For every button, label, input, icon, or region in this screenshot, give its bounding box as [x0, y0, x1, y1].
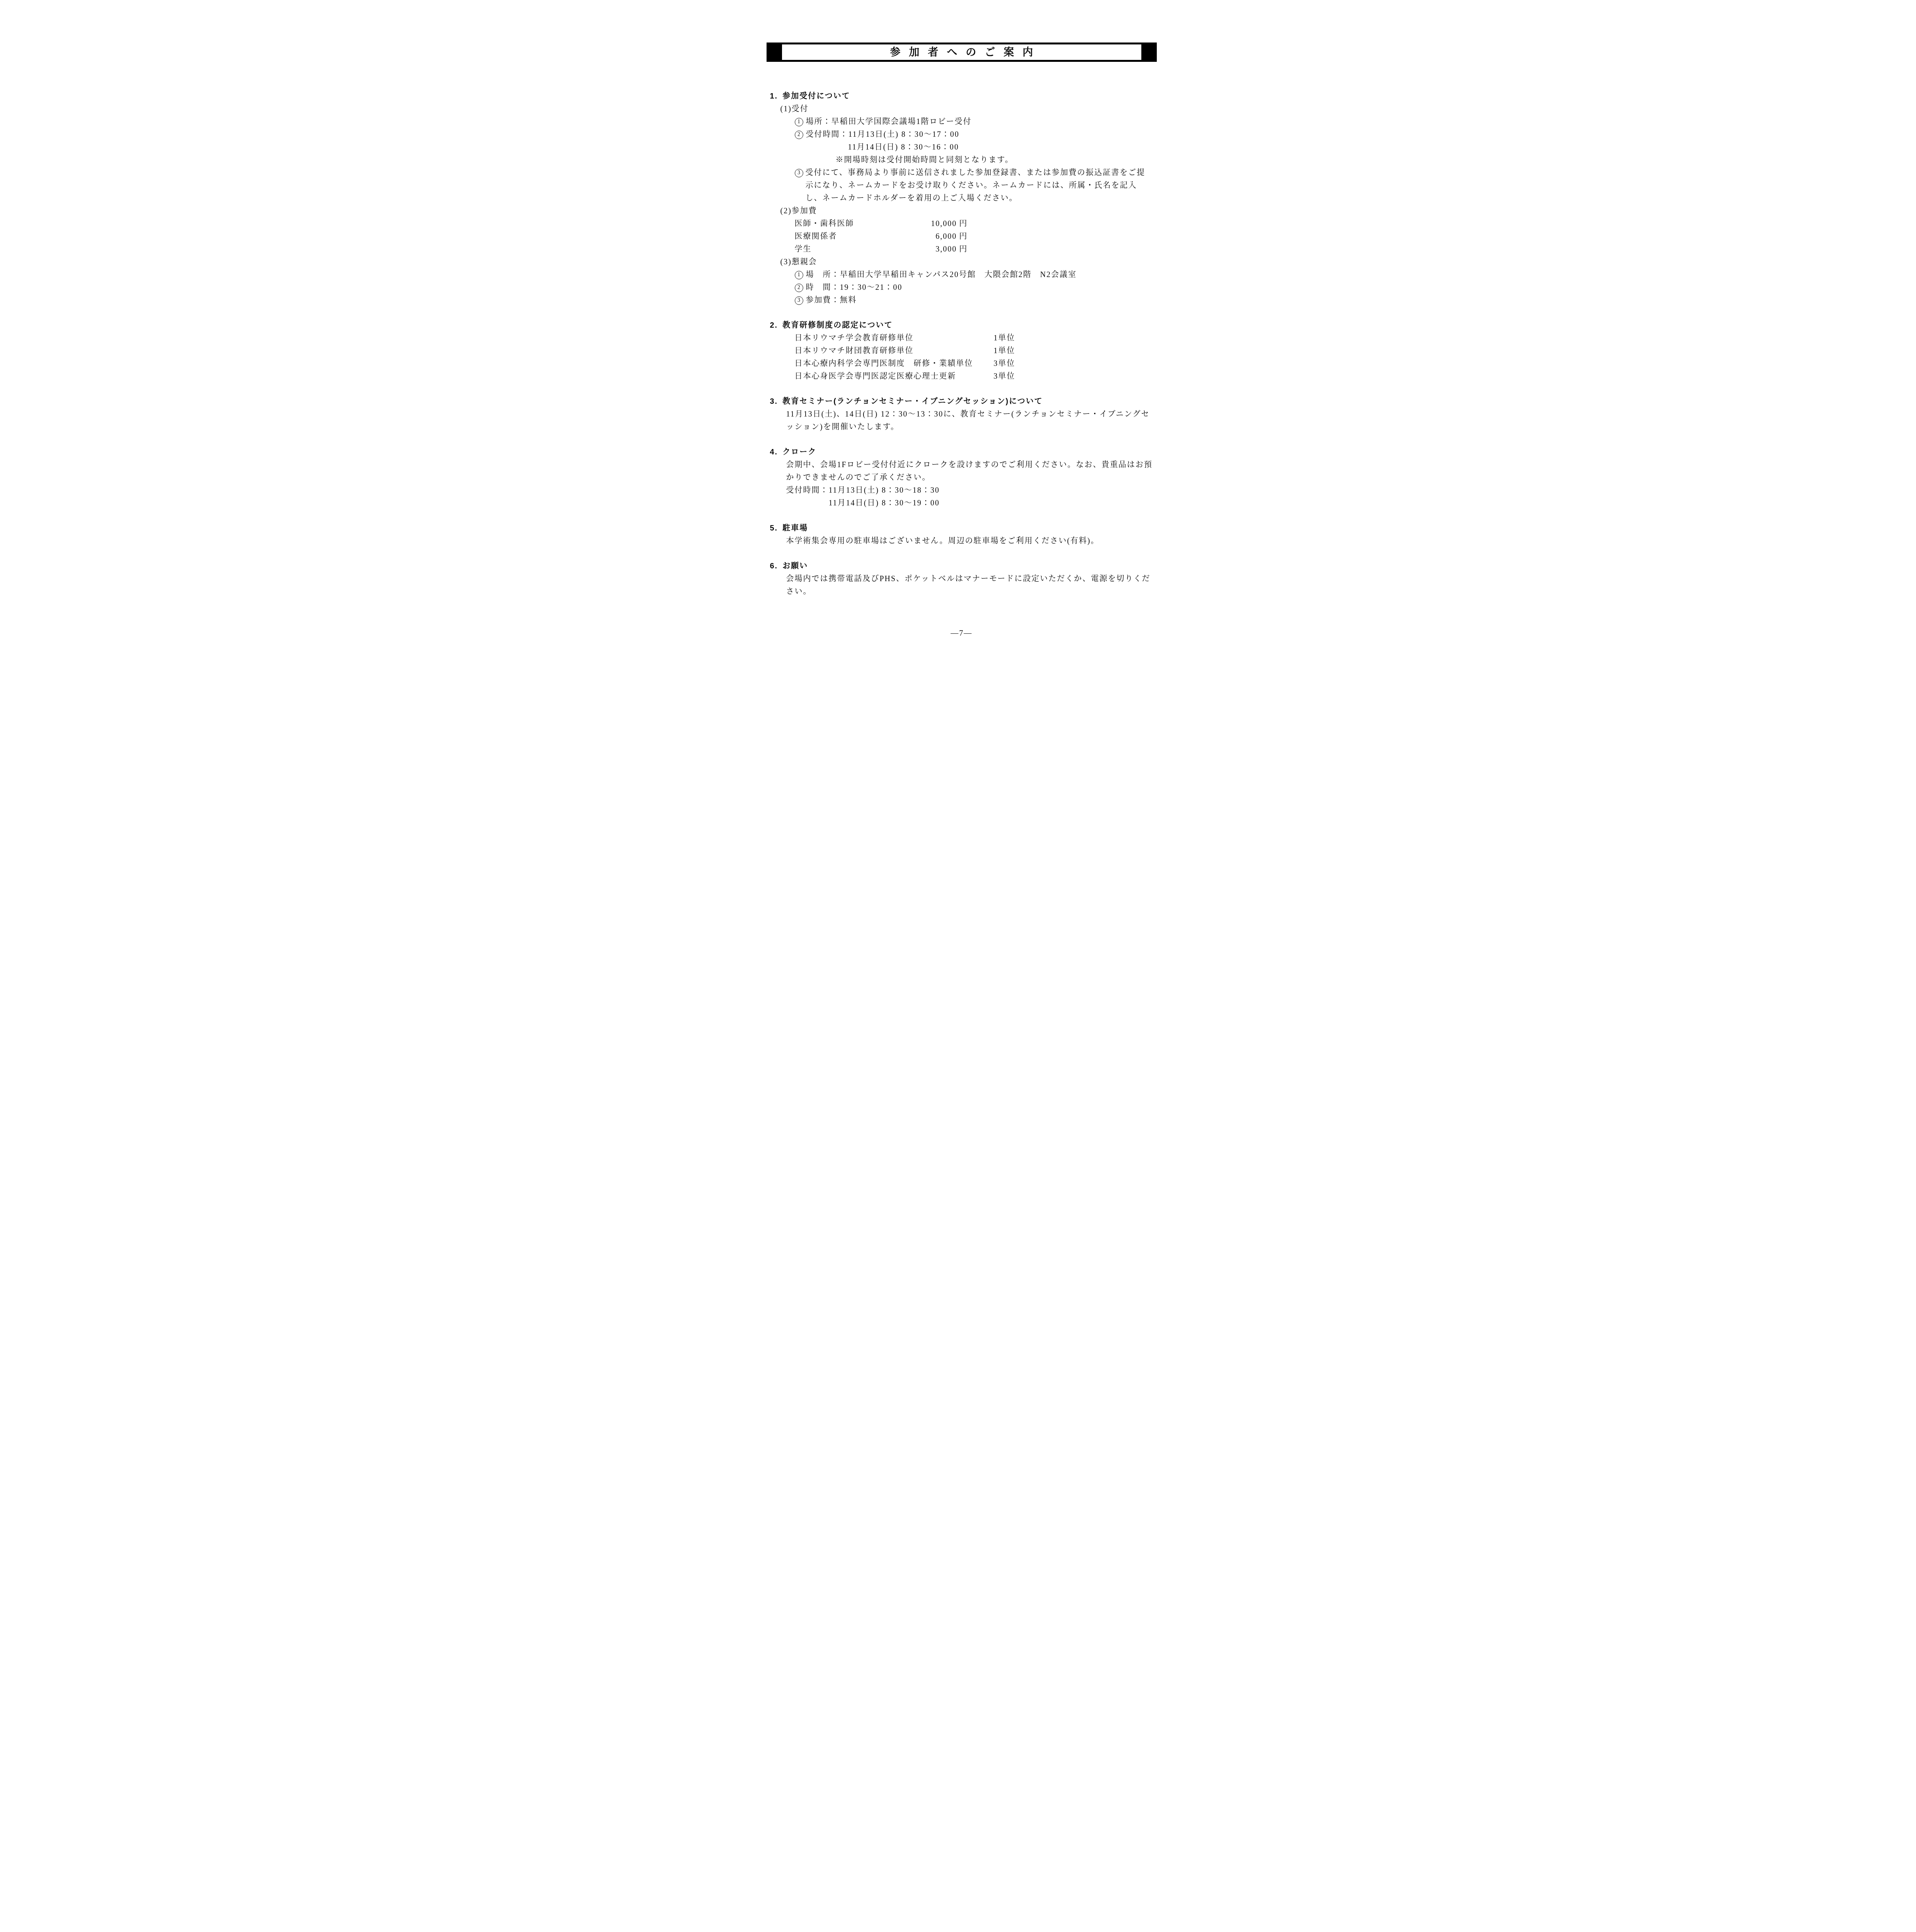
hours-label: 受付時間： [806, 130, 848, 139]
circled-number-icon: 1 [795, 118, 803, 126]
banner-middle: 参加者へのご案内 [782, 43, 1141, 62]
credit-label: 日本リウマチ学会教育研修単位 [795, 332, 994, 345]
cloak-hours-day2: 11月14日(日) 8：30～19：00 [829, 497, 1153, 510]
fee-row: 医療関係者6,000円 [795, 230, 1153, 243]
credit-value: 3単位 [994, 370, 1015, 383]
title-banner: 参加者へのご案内 [767, 43, 1157, 62]
item-text: 受付にて、事務局より事前に送信されました参加登録書、または参加費の振込証書をご提… [806, 168, 1146, 202]
credit-row: 日本心身医学会専門医認定医療心理士更新3単位 [795, 370, 1153, 383]
credit-row: 日本心療内科学会専門医制度 研修・業績単位3単位 [795, 357, 1153, 370]
section-heading: 4.クローク [770, 446, 1153, 459]
party-item-fee: 3参加費：無料 [795, 294, 1153, 307]
section-registration: 1.参加受付について (1)受付 1場所：早稲田大学国際会議場1階ロビー受付 2… [770, 90, 1153, 307]
section-cloakroom: 4.クローク 会期中、会場1Fロビー受付付近にクロークを設けますのでご利用くださ… [770, 446, 1153, 510]
credit-label: 日本心身医学会専門医認定医療心理士更新 [795, 370, 994, 383]
fee-label: 医師・歯科医師 [795, 218, 903, 230]
fee-unit: 円 [959, 243, 968, 256]
hours-day2: 11月14日(日) 8：30～16：00 [848, 141, 1153, 154]
list-item-place: 1場所：早稲田大学国際会議場1階ロビー受付 [795, 116, 1153, 128]
circled-number-icon: 2 [795, 131, 803, 139]
fee-label: 学生 [795, 243, 903, 256]
section-heading: 1.参加受付について [770, 90, 1153, 103]
section-seminar: 3.教育セミナー(ランチョンセミナー・イブニングセッション)について 11月13… [770, 395, 1153, 434]
section-title: 教育研修制度の認定について [782, 321, 893, 330]
section-number: 4. [770, 446, 778, 459]
section-body: 本学術集会専用の駐車場はございません。周辺の駐車場をご利用ください(有料)。 [786, 535, 1153, 548]
circled-number-icon: 3 [795, 169, 803, 177]
credit-row: 日本リウマチ学会教育研修単位1単位 [795, 332, 1153, 345]
fee-amount: 10,000 [903, 218, 957, 230]
list-item-hours: 2受付時間：11月13日(土) 8：30～17：00 [795, 128, 1153, 141]
cloak-hours-value1: 11月13日(土) 8：30～18：30 [829, 486, 940, 495]
party-item-place: 1場 所：早稲田大学早稲田キャンパス20号館 大隈会館2階 N2会議室 [795, 269, 1153, 281]
section-number: 2. [770, 319, 778, 332]
section-title: お願い [782, 562, 808, 570]
fee-unit: 円 [959, 218, 968, 230]
banner-left-block [767, 43, 782, 62]
document-page: 参加者へのご案内 1.参加受付について (1)受付 1場所：早稲田大学国際会議場… [719, 0, 1198, 678]
hours-note: ※開場時刻は受付開始時間と同刻となります。 [836, 154, 1153, 167]
section-heading: 3.教育セミナー(ランチョンセミナー・イブニングセッション)について [770, 395, 1153, 408]
item-text: 場 所：早稲田大学早稲田キャンパス20号館 大隈会館2階 N2会議室 [806, 270, 1077, 279]
credit-value: 1単位 [994, 345, 1015, 357]
section-credits: 2.教育研修制度の認定について 日本リウマチ学会教育研修単位1単位 日本リウマチ… [770, 319, 1153, 383]
sub-label-party: (3)懇親会 [780, 256, 1153, 269]
section-title: 教育セミナー(ランチョンセミナー・イブニングセッション)について [782, 397, 1043, 406]
circled-number-icon: 1 [795, 271, 803, 279]
section-heading: 2.教育研修制度の認定について [770, 319, 1153, 332]
banner-right-block [1141, 43, 1157, 62]
page-title: 参加者へのご案内 [882, 46, 1042, 59]
credit-label: 日本心療内科学会専門医制度 研修・業績単位 [795, 357, 994, 370]
section-number: 1. [770, 90, 778, 103]
item-text: 場所：早稲田大学国際会議場1階ロビー受付 [806, 117, 972, 126]
credit-value: 1単位 [994, 332, 1015, 345]
section-number: 5. [770, 522, 778, 535]
section-title: 参加受付について [782, 92, 850, 100]
credit-value: 3単位 [994, 357, 1015, 370]
item-text: 参加費：無料 [806, 296, 857, 304]
item-text: 時 間：19：30～21：00 [806, 283, 903, 292]
section-request: 6.お願い 会場内では携帯電話及びPHS、ポケットベルはマナーモードに設定いただ… [770, 560, 1153, 598]
section-number: 3. [770, 395, 778, 408]
credit-label: 日本リウマチ財団教育研修単位 [795, 345, 994, 357]
sub-label-fees: (2)参加費 [780, 205, 1153, 218]
party-item-time: 2時 間：19：30～21：00 [795, 281, 1153, 294]
sub-label-reception: (1)受付 [780, 103, 1153, 116]
section-heading: 5.駐車場 [770, 522, 1153, 535]
fee-label: 医療関係者 [795, 230, 903, 243]
section-title: 駐車場 [782, 524, 808, 532]
fee-unit: 円 [959, 230, 968, 243]
section-number: 6. [770, 560, 778, 573]
section-body: 会期中、会場1Fロビー受付付近にクロークを設けますのでご利用ください。なお、貴重… [786, 459, 1153, 484]
section-body: 会場内では携帯電話及びPHS、ポケットベルはマナーモードに設定いただくか、電源を… [786, 573, 1153, 598]
section-title: クローク [782, 448, 816, 456]
page-number: —7— [770, 627, 1153, 640]
credit-row: 日本リウマチ財団教育研修単位1単位 [795, 345, 1153, 357]
cloak-hours-label: 受付時間： [786, 486, 829, 495]
section-heading: 6.お願い [770, 560, 1153, 573]
circled-number-icon: 2 [795, 284, 803, 292]
fee-row: 学生3,000円 [795, 243, 1153, 256]
fee-amount: 3,000 [903, 243, 957, 256]
fee-row: 医師・歯科医師10,000円 [795, 218, 1153, 230]
list-item-namecard: 3受付にて、事務局より事前に送信されました参加登録書、または参加費の振込証書をご… [770, 167, 1153, 205]
hours-day1: 11月13日(土) 8：30～17：00 [848, 130, 960, 139]
section-body: 11月13日(土)、14日(日) 12：30～13：30に、教育セミナー(ランチ… [786, 408, 1153, 434]
cloak-hours-day1: 受付時間：11月13日(土) 8：30～18：30 [786, 484, 1153, 497]
section-parking: 5.駐車場 本学術集会専用の駐車場はございません。周辺の駐車場をご利用ください(… [770, 522, 1153, 548]
fee-amount: 6,000 [903, 230, 957, 243]
circled-number-icon: 3 [795, 296, 803, 305]
document-content: 1.参加受付について (1)受付 1場所：早稲田大学国際会議場1階ロビー受付 2… [719, 62, 1198, 640]
